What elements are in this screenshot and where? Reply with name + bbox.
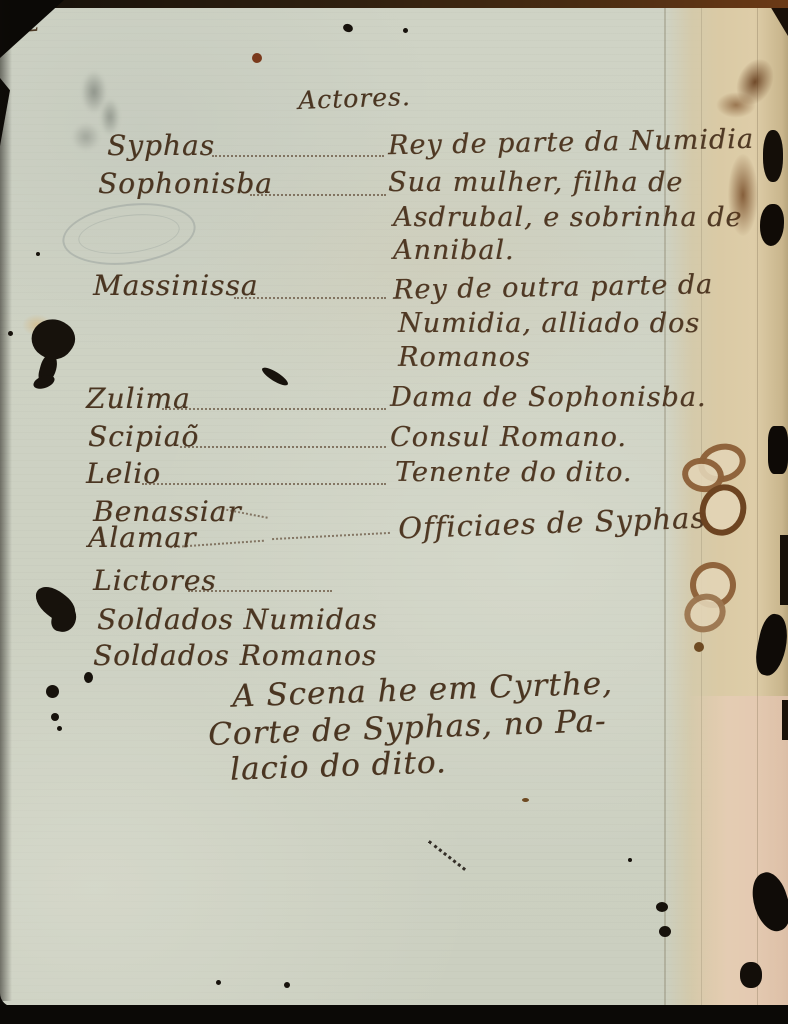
cast-name-lictores: Lictores [93, 564, 217, 597]
cast-name-alamar: Alamar [88, 521, 197, 554]
cast-desc-officials: Officiaes de Syphas [398, 501, 707, 546]
manuscript-page: 2 Actores. Syphas Sophonisba Massinissa … [0, 6, 788, 1007]
cast-desc-massinissa-line3: Romanos [398, 342, 531, 373]
cast-desc-massinissa-line2: Numidia, alliado dos [398, 308, 700, 339]
ink-speck [403, 28, 408, 33]
ink-smear [260, 365, 290, 389]
ink-speck [51, 713, 59, 721]
dotted-leader-sophonisba [250, 194, 386, 196]
dotted-leader-officials [272, 532, 390, 540]
ink-scratch [428, 840, 466, 871]
ink-speck [342, 23, 354, 34]
dotted-leader-syphas [212, 155, 384, 157]
paper-fold-line [757, 6, 758, 1007]
dotted-leader-lictores [188, 590, 332, 592]
ink-speck [659, 926, 671, 937]
binding-edge-discoloration [688, 696, 788, 1007]
scan-top-edge [0, 0, 788, 8]
ink-speck [46, 685, 59, 698]
library-oval-stamp-inner [76, 209, 182, 259]
cast-desc-scipiao: Consul Romano. [390, 422, 627, 453]
ink-blot [32, 373, 57, 392]
black-edge-mark [763, 130, 783, 182]
cast-desc-sophonisba-line1: Sua mulher, filha de [388, 167, 683, 198]
scan-bottom-edge [0, 1005, 788, 1024]
scan-edge-shadow [782, 700, 788, 740]
ink-speck [216, 980, 221, 985]
dotted-leader-zulima [162, 408, 386, 410]
dotted-leader-lelio [142, 483, 386, 485]
scan-edge-shadow [0, 0, 12, 1001]
ink-speck [628, 858, 632, 862]
scan-edge-shadow [780, 535, 788, 605]
black-edge-mark [740, 962, 762, 988]
page-title: Actores. [298, 82, 412, 115]
cast-desc-sophonisba-line2: Asdrubal, e sobrinha de [393, 202, 742, 233]
cast-name-syphas: Syphas [107, 129, 215, 162]
brown-stain [716, 92, 756, 118]
brown-speck [694, 642, 704, 652]
scene-note-line3: lacio do dito. [229, 744, 447, 788]
cast-desc-massinissa-line1: Rey de outra parte da [393, 269, 714, 306]
cast-name-lelio: Lelio [86, 457, 161, 490]
rust-speck [522, 798, 529, 802]
cast-desc-syphas: Rey de parte da Numidia [388, 124, 754, 161]
ink-speck [36, 252, 40, 256]
brown-stain [728, 154, 758, 236]
cast-name-sophonisba: Sophonisba [98, 167, 273, 200]
manuscript-scan: 2 Actores. Syphas Sophonisba Massinissa … [0, 0, 788, 1024]
cast-desc-sophonisba-line3: Annibal. [393, 235, 515, 266]
dotted-leader-massinissa [234, 297, 386, 299]
library-oval-stamp [59, 196, 199, 272]
cast-name-soldados-numidas: Soldados Numidas [97, 603, 378, 636]
cast-desc-lelio: Tenente do dito. [395, 457, 632, 488]
cast-name-zulima: Zulima [86, 382, 191, 415]
dotted-leader-scipiao [180, 446, 386, 448]
ink-speck [284, 982, 290, 988]
rust-speck [252, 53, 262, 63]
cast-name-scipiao: Scipiaõ [88, 420, 199, 453]
ink-speck [656, 902, 668, 912]
ink-speck [57, 726, 62, 731]
cast-desc-zulima: Dama de Sophonisba. [390, 382, 706, 413]
cast-name-soldados-romanos: Soldados Romanos [93, 639, 377, 672]
ink-speck [84, 672, 93, 683]
black-edge-mark [768, 426, 788, 474]
